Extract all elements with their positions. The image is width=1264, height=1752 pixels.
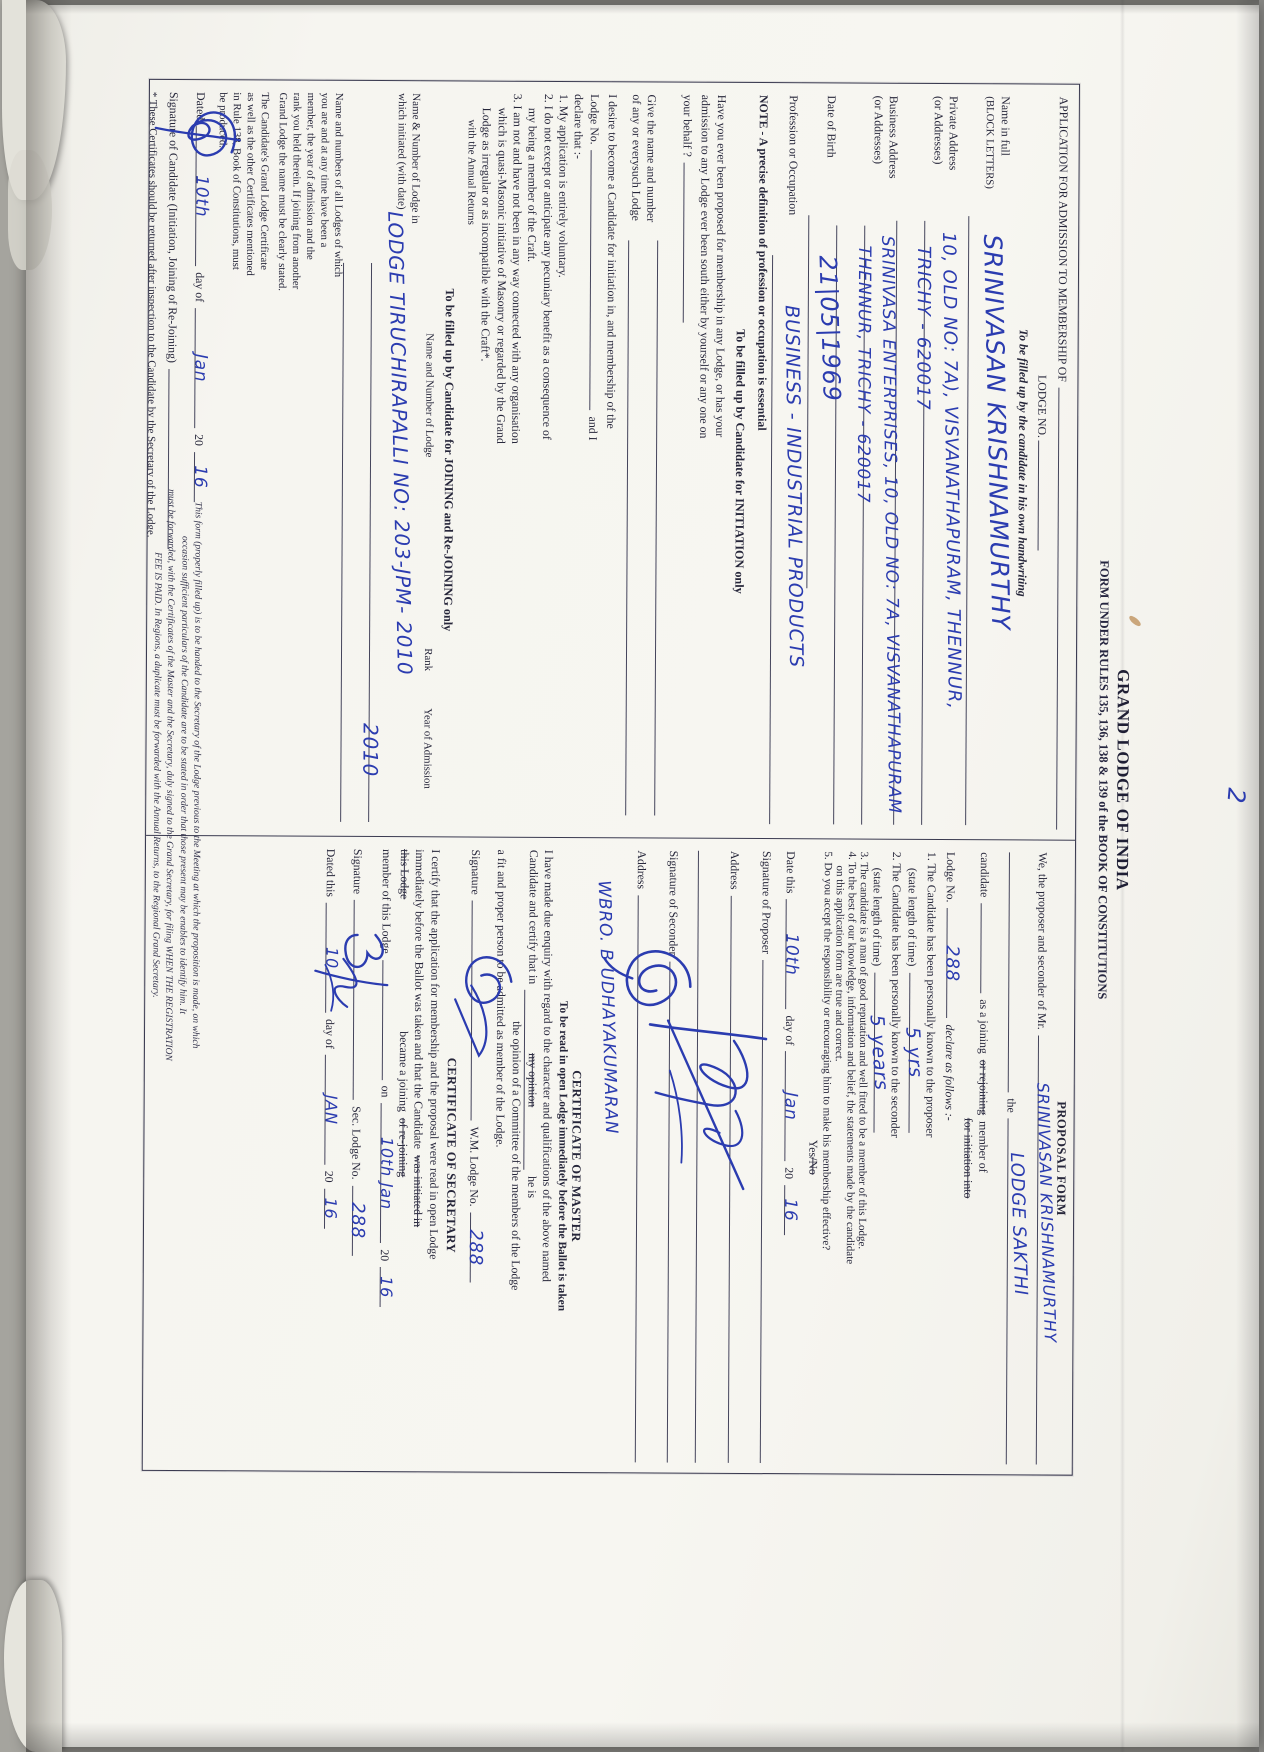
q2-line2: of any or everysuch Lodge [629,94,644,221]
application-title-row: APPLICATION FOR ADMISSION TO MEMBERSHIP … [1052,97,1074,830]
lodge-no-row: LODGE NO. [1031,96,1053,829]
desire-lodge-no-blank [589,151,604,411]
secretary-signature-label: Signature [350,849,366,894]
secretary-signature-row: Signature Sec. Lodge No. 288 [347,849,369,1461]
declaration-2: 2. I do not except or anticipate any pec… [521,94,555,827]
business-address-row: Business Address (or Addresses) SRINIVAS… [837,95,901,828]
sec-lodge-no-label: Sec. Lodge No. [348,1106,364,1179]
all-lodges-note: Name and numbers of all Lodges of which … [274,92,346,412]
cos-year-blank: 16 [379,1267,393,1307]
cos-year-prefix: 20 [376,1249,391,1261]
name-sub-label: (BLOCK LETTERS) [984,96,996,189]
cos-became-joining: became a joining [395,1031,411,1112]
application-column: APPLICATION FOR ADMISSION TO MEMBERSHIP … [146,80,1079,841]
paper-top-shadow [26,0,1259,14]
proposal-point-2: 2. The Candidate has been personally kno… [866,852,904,1464]
cos-line1: I certify that the application for membe… [424,849,443,1461]
application-title-blank [1056,388,1072,830]
wm-lodge-no-label: W.M. Lodge No. [466,1127,482,1207]
cos-line2: immediately before the Ballot was taken … [410,849,427,1149]
dob-label: Date of Birth [825,95,839,157]
paper-bottom-shadow [26,1722,1259,1752]
cos-struck-rejoining: of re-joining [395,1118,411,1177]
date-this-label: Date this [783,851,799,893]
p1-line1: 1. The Candidate has been personally kno… [920,852,939,1464]
cos-struck-initiated: was initiated in [410,1155,426,1227]
proposer-seconder-signatures: Signature of Proposer Address Signature … [586,850,777,1463]
p1-blank: 5 yrs [908,972,923,1132]
init-lodge-value: LODGE TIRUCHIRAPALLI NO: 203-JPM- 2010 [383,211,417,676]
proposal-point-5: 5. Do you accept the responsibility or e… [803,851,834,1463]
scanned-page: 2 GRAND LODGE OF INDIA FORM UNDER RULES … [0,0,1264,1752]
prop-lodge-no-label: Lodge No. [943,852,959,903]
dob-row: Date of Birth 21|05|1969 [799,95,841,828]
p2-line2: (state length of time) [869,868,885,967]
date-day-blank: 10th [786,899,801,1009]
name-label: Name in full [999,96,1013,156]
lodges-note-5: Grand Lodge the name must be clearly sta… [274,92,290,412]
cos-struck-this-lodge: this Lodge [396,849,412,899]
cos-date-value: 10th Jan [377,1137,396,1210]
cos-year-value: 16 [376,1276,395,1298]
candidate-membership-line: candidate as a joining or rejoining memb… [940,852,995,1464]
sec-lodge-no-blank: 288 [352,1186,366,1256]
joining-heading: To be filled up by Candidate for JOINING… [439,93,458,826]
dated-this-label: Dated this [322,849,338,897]
certificate-of-master-body: I have made due enquiry with regard to t… [465,850,557,1462]
master-signature-row: Signature W.M. Lodge No. 288 [465,850,487,1462]
cert-note-1: The Candidate's Grand Lodge Certificate [256,92,272,412]
secretary-year-prefix: 20 [321,1171,336,1183]
private-address-value-2: TRICHY - 620017 [912,246,934,411]
we-line: We, the proposer and seconder of Mr. [1034,852,1050,1029]
we-blank-2 [1007,852,1022,1092]
q1-line3: your behalf ? [679,95,695,157]
q2-answer-blank-2 [626,240,643,815]
p2-line1: 2. The Candidate has been personally kno… [886,852,905,1464]
p1-value: 5 yrs [902,1026,924,1078]
the-label: the [1003,1098,1018,1113]
cos-on-label: on [377,1086,392,1098]
p1-line2: (state length of time) [904,868,920,967]
secretary-dated-month-blank: JAN [324,1055,339,1165]
candidate-blank [980,903,994,993]
private-address-row: Private Address (or Addresses) 10, OLD N… [897,96,961,829]
lodges-note-4: rank you held therein. If joining from a… [288,93,304,413]
sec-lodge-no-value: 288 [347,1202,368,1239]
candidate-label: candidate [976,852,992,897]
application-title: APPLICATION FOR ADMISSION TO MEMBERSHIP … [1054,97,1071,382]
lodge-no-label: LODGE NO. [1035,375,1049,438]
init-lodge-blank-2 [340,263,357,822]
torn-left-shadow [26,0,72,1752]
proposal-point-4: 4. To the best of our knowledge, informa… [830,851,857,1463]
secretary-dated-year-blank: 16 [324,1189,338,1229]
q2-answer-blank-1 [654,240,671,815]
secretary-dated-year: 16 [321,1198,340,1220]
p5-yes: Yes [806,1140,820,1157]
proposal-column: PROPOSAL FORM We, the proposer and secon… [143,836,1075,1475]
desire-statement: I desire to become a Candidate for initi… [567,94,620,827]
init-lodge-label-1: Name & Number of Lodge in [409,93,422,223]
initiation-struck-text: for initiation into [958,852,977,1464]
form-body: APPLICATION FOR ADMISSION TO MEMBERSHIP … [142,79,1080,1476]
form-footnote: This form (properly filled up) is to be … [147,80,207,1470]
lodges-note-3: member, the year of admission and the [302,93,318,413]
private-address-sub: (or Addresses) [932,96,946,165]
q2-line1: Give the name and number [644,94,659,222]
table-col-lodge: Name and Number of Lodge [422,333,437,457]
business-address-sub: (or Addresses) [872,96,886,165]
com-he-is: he is [524,1176,539,1198]
declaration-3: 3. I am not and have not been in any way… [461,93,525,826]
proposer-address-label: Address [726,851,742,890]
com-option-blank: my opinion [523,990,538,1170]
profession-label: Profession or Occupation [786,95,801,215]
business-address-label: Business Address [887,96,901,179]
desire-lodge-no-label: Lodge No. [586,94,602,145]
paper-right-shadow [1236,0,1264,1752]
table-col-year: Year of Admission [420,708,435,818]
form-header: GRAND LODGE OF INDIA FORM UNDER RULES 13… [1073,84,1136,1476]
p2-blank: 5 years [874,972,889,1132]
prop-lodge-no-blank: 288 [946,908,961,1018]
p5-no-struck: /No [806,1157,820,1175]
question-lodge-names: Give the name and number of any or every… [621,94,675,827]
master-signature-label: Signature [467,850,483,895]
secretary-dated-month: JAN [322,1095,341,1125]
dob-value: 21|05|1969 [814,255,846,402]
declare-as-follows: declare as follows :- [942,1024,958,1120]
lodge-no-blank [1037,441,1052,551]
date-year-value: 16 [780,1198,800,1221]
desire-and-label: and I [585,417,600,441]
prop-lodge-no-value: 288 [942,945,963,982]
name-value: SRINIVASAN KRISHNAMURTHY [978,234,1015,631]
proposer-signature [627,1010,788,1201]
question-previous-proposal: Have you ever been proposed for membersh… [676,95,729,828]
initiation-heading: To be filled up by Candidate for INITIAT… [730,95,749,828]
date-day-value: 10th [782,933,802,975]
handwritten-page-number: 2 [1221,787,1250,805]
proposer-signature-label: Signature of Proposer [758,851,774,954]
certificate-of-secretary-body: I certify that the application for membe… [320,849,443,1462]
seconder-address-label: Address [634,850,650,889]
init-lodge-label-2: which initiated (with date) [396,93,409,209]
cos-date-blank: 10th Jan [380,1103,395,1243]
secretary-signature [311,919,398,1049]
membership-form: GRAND LODGE OF INDIA FORM UNDER RULES 13… [139,79,1136,1476]
business-address-value-2: THENNUR, TRICHY - 620017 [853,246,874,504]
table-col-rank: Rank [421,648,435,671]
profession-value: BUSINESS - INDUSTRIAL PRODUCTS [781,305,807,668]
lodge-name-value: LODGE SAKTHI [1006,1152,1031,1296]
instruction-line: To be filled up by the candidate in his … [1013,96,1032,829]
proposer-seconder-statement: We, the proposer and seconder of Mr. SRI… [992,852,1053,1464]
q1-answer-blank [683,163,698,323]
joining-struck-text: or rejoining [975,1060,991,1115]
private-address-label: Private Address [947,96,961,170]
name-row: Name in full (BLOCK LETTERS) SRINIVASAN … [957,96,1013,829]
wm-lodge-no-blank: 288 [470,1213,484,1283]
lodges-note-2: you are and at any time have been a [316,93,332,413]
joining-text: as a joining [976,999,992,1053]
com-line2a: Candidate and certify that in [525,850,541,984]
proposal-point-1: 1. The Candidate has been personally kno… [901,852,939,1464]
profession-row: Profession or Occupation BUSINESS - INDU… [767,95,803,828]
member-of-text: member of [975,1121,991,1173]
year-of-admission-value: 2010 [358,723,382,777]
wm-lodge-no-value: 288 [465,1229,486,1266]
p2-value: 5 years [867,1014,891,1091]
master-signature [449,941,520,1061]
joining-table: Name and Number of Lodge Rank Year of Ad… [344,93,438,826]
com-struck-option: my opinion [525,1053,539,1107]
com-line1: I have made due enquiry with regard to t… [537,850,556,1462]
